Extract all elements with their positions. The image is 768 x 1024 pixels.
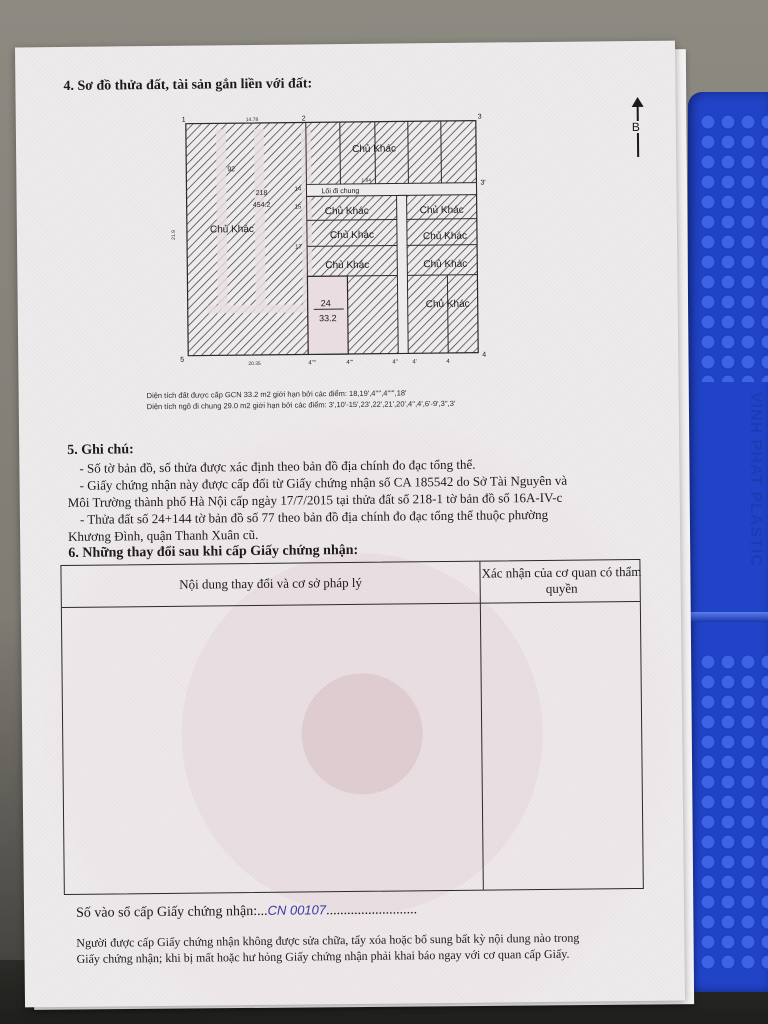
parcel-diagram: 24 33.2 Chủ Khác Lối đi chung Chủ Khác C… bbox=[156, 106, 499, 370]
label-owner-r1: Chủ Khác bbox=[325, 205, 369, 217]
note-line-5: Khương Đình, quận Thanh Xuân cũ. bbox=[68, 526, 258, 545]
section-5-title: 5. Ghi chú: bbox=[67, 442, 134, 459]
tray-dots-bottom bbox=[698, 652, 768, 972]
table-column-divider bbox=[479, 562, 484, 890]
point-4-0p: 4 bbox=[446, 359, 450, 365]
tray-dots-top bbox=[698, 112, 768, 382]
area-note-common-alley: Diện tích ngõ đi chung 29.0 m2 giới hạn … bbox=[147, 399, 456, 411]
parcel-92-number: 92 bbox=[227, 166, 235, 173]
parcel-218-number: 218 bbox=[256, 190, 268, 197]
point-5: 5 bbox=[180, 357, 184, 364]
parcel-24-number: 24 bbox=[321, 298, 331, 308]
north-label: B bbox=[632, 121, 640, 133]
dim-bottom-left: 20.35 bbox=[248, 361, 261, 367]
point-17: 17 bbox=[295, 244, 302, 250]
registration-value: CN 00107 bbox=[267, 902, 326, 918]
parcel-218-area: 454.2 bbox=[253, 202, 271, 209]
parcel-24-area: 33.2 bbox=[319, 313, 337, 323]
dim-alley: 1.84 bbox=[361, 178, 371, 184]
label-owner-r5: Chủ Khác bbox=[423, 230, 467, 242]
point-3: 3 bbox=[478, 114, 482, 121]
note-line-4: - Thửa đất số 24+144 tờ bản đồ số 77 the… bbox=[80, 506, 548, 528]
label-common-alley: Lối đi chung bbox=[321, 186, 359, 195]
section-4-title: 4. Sơ đồ thửa đất, tài sản gắn liền với … bbox=[63, 76, 312, 95]
dim-left: 21.9 bbox=[171, 230, 177, 240]
dim-top-left: 14.78 bbox=[246, 117, 259, 123]
tray-brand-embossing: VINH PHAT PLASTIC bbox=[740, 392, 764, 612]
point-14: 14 bbox=[294, 186, 301, 192]
point-4-2p: 4'' bbox=[392, 359, 398, 365]
point-15: 15 bbox=[295, 204, 302, 210]
column-header-authority-confirmation: Xác nhận của cơ quan có thẩm quyền bbox=[481, 564, 641, 598]
point-1: 1 bbox=[182, 117, 186, 124]
certificate-page: 4. Sơ đồ thửa đất, tài sản gắn liền với … bbox=[15, 41, 685, 1008]
north-arrow-icon bbox=[632, 97, 644, 107]
label-owner-top: Chủ Khác bbox=[352, 142, 396, 154]
point-4-3p: 4''' bbox=[346, 360, 353, 366]
label-owner-r3: Chủ Khác bbox=[325, 259, 369, 271]
tray-ridge bbox=[688, 612, 768, 622]
changes-table: Nội dung thay đổi và cơ sở pháp lý Xác n… bbox=[60, 559, 643, 895]
point-4: 4 bbox=[482, 352, 486, 359]
registration-number-line: Số vào sổ cấp Giấy chứng nhận:...CN 0010… bbox=[76, 901, 417, 922]
point-2: 2 bbox=[302, 115, 306, 122]
label-owner-r6: Chủ Khác bbox=[423, 258, 467, 270]
point-4-1p: 4' bbox=[412, 359, 417, 365]
point-4-4p: 4'''' bbox=[308, 360, 316, 366]
point-3p: 3' bbox=[480, 180, 485, 187]
north-arrow: B bbox=[628, 97, 649, 161]
section-6-title: 6. Những thay đổi sau khi cấp Giấy chứng… bbox=[68, 543, 358, 562]
label-owner-left: Chủ Khác bbox=[210, 223, 254, 235]
label-owner-r4: Chủ Khác bbox=[420, 204, 464, 216]
blue-tray-background: VINH PHAT PLASTIC bbox=[688, 92, 768, 992]
label-owner-r7: Chủ Khác bbox=[426, 298, 470, 310]
label-owner-r2: Chủ Khác bbox=[330, 229, 374, 241]
area-note-granted: Diện tích đất được cấp GCN 33.2 m2 giới … bbox=[147, 388, 407, 400]
registration-label: Số vào sổ cấp Giấy chứng nhận: bbox=[76, 904, 257, 921]
